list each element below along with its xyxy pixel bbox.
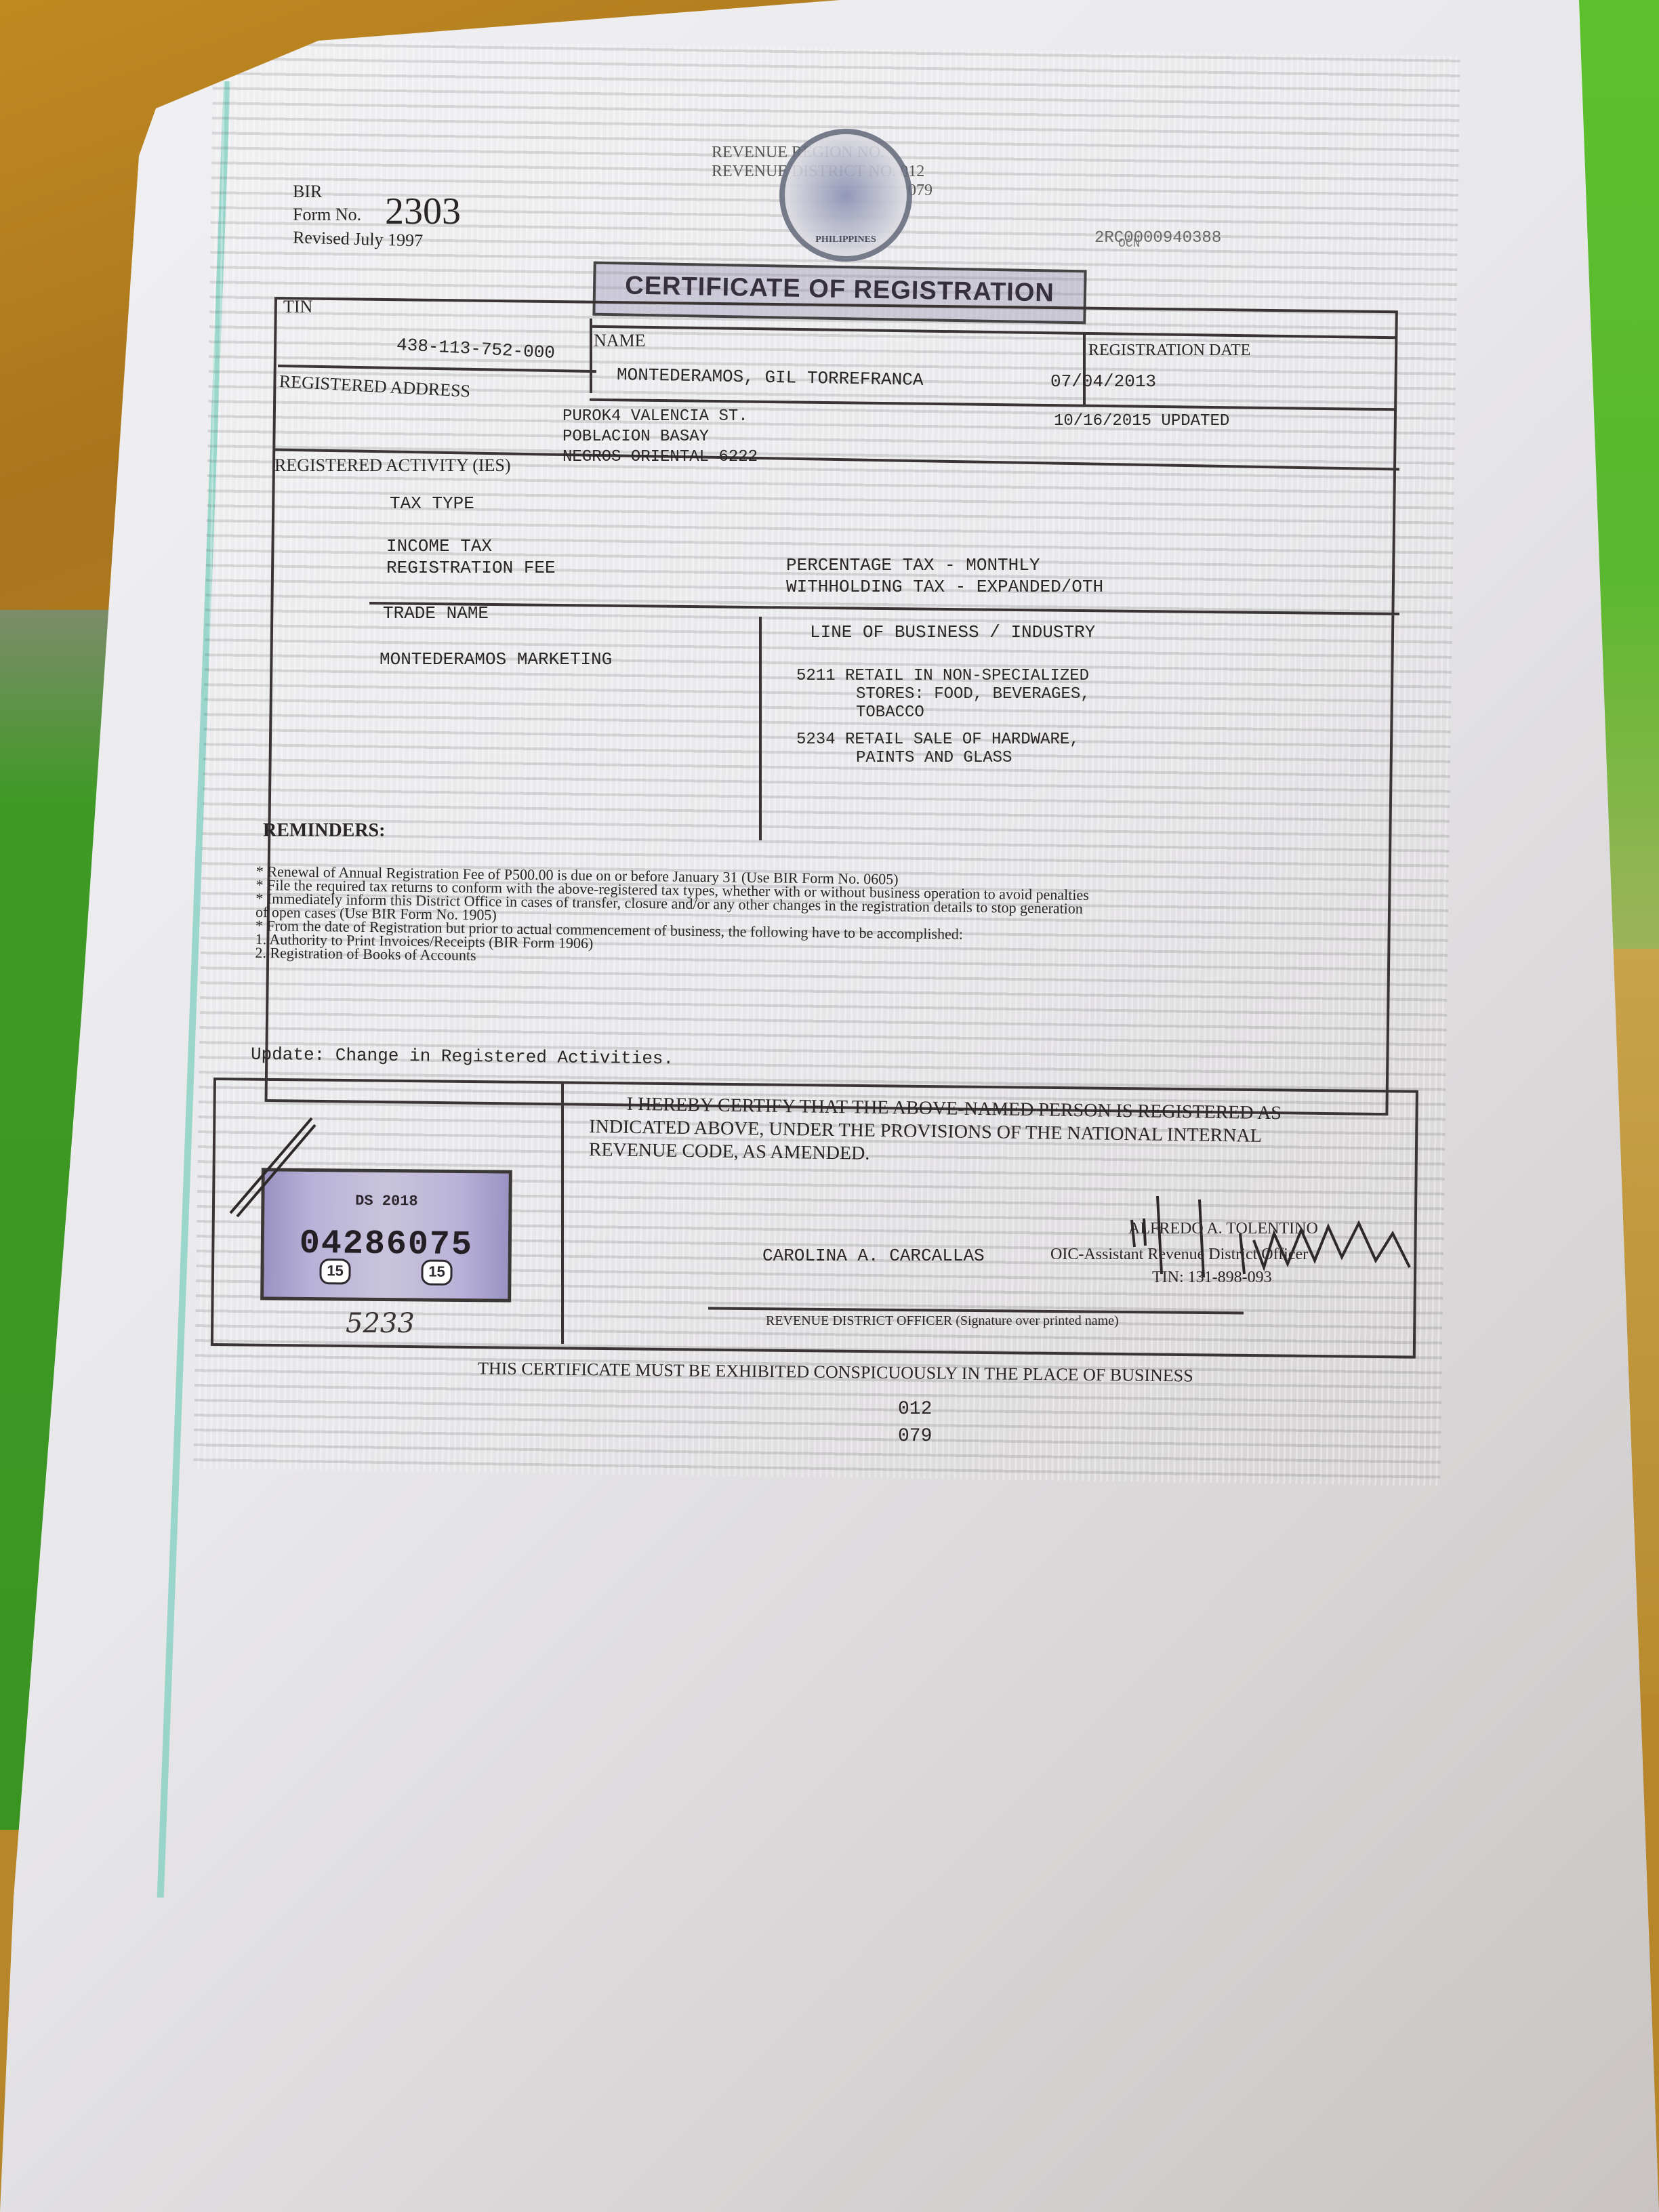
business-desc: RETAIL SALE OF HARDWARE,	[845, 731, 1080, 749]
registration-date-label: REGISTRATION DATE	[1088, 342, 1250, 360]
form-number: 2303	[385, 190, 461, 233]
business-code: 5234	[796, 731, 836, 749]
updated-date: 10/16/2015 UPDATED	[1054, 412, 1229, 430]
address-line-1: PUROK4 VALENCIA ST.	[562, 407, 758, 427]
rdo-caption: REVENUE DISTRICT OFFICER (Signature over…	[766, 1313, 1119, 1329]
form-no-label: Form No.	[293, 205, 361, 225]
handwritten-signature-icon	[1125, 1193, 1423, 1281]
footer-code-1: 012	[898, 1399, 932, 1420]
line-of-business-label: LINE OF BUSINESS / INDUSTRY	[810, 622, 1095, 642]
tin-label: TIN	[283, 297, 312, 317]
tax-type-item: REGISTRATION FEE	[386, 557, 556, 579]
certificate-document: BIR Form No. 2303 Revised July 1997 REVE…	[0, 0, 1659, 2212]
business-code: 5211	[796, 667, 836, 685]
stamp-denomination-left: 15	[319, 1258, 350, 1284]
stamp-number: 04286075	[264, 1224, 508, 1265]
display-notice: THIS CERTIFICATE MUST BE EXHIBITED CONSP…	[478, 1358, 1193, 1386]
business-desc: TOBACCO	[796, 703, 1090, 722]
bir-seal-icon: PHILIPPINES	[779, 129, 912, 262]
officer-name: CAROLINA A. CARCALLAS	[762, 1246, 985, 1266]
address-line-3: NEGROS ORIENTAL 6222	[562, 447, 758, 468]
trade-business-divider	[759, 617, 762, 840]
registration-date: 07/04/2013	[1050, 371, 1156, 392]
business-line-5211: 5211 RETAIL IN NON-SPECIALIZED STORES: F…	[796, 667, 1090, 722]
name-date-divider	[1083, 332, 1086, 407]
stamp-denomination-right: 15	[421, 1259, 452, 1285]
tax-type-item: WITHHOLDING TAX - EXPANDED/OTH	[786, 576, 1103, 598]
business-desc: RETAIL IN NON-SPECIALIZED	[845, 667, 1089, 685]
certification-divider	[561, 1083, 564, 1344]
address-block: PUROK4 VALENCIA ST. POBLACION BASAY NEGR…	[562, 407, 758, 468]
business-desc: STORES: FOOD, BEVERAGES,	[796, 685, 1090, 703]
tin-name-divider	[590, 319, 592, 393]
activity-section-label: REGISTERED ACTIVITY (IES)	[274, 455, 511, 476]
tax-type-item: PERCENTAGE TAX - MONTHLY	[786, 554, 1103, 576]
tax-types-left: INCOME TAX REGISTRATION FEE	[386, 535, 556, 579]
ocn-label: OCN	[1118, 237, 1140, 251]
reminders-list: * Renewal of Annual Registration Fee of …	[255, 865, 1089, 970]
address-line-2: POBLACION BASAY	[562, 427, 758, 447]
business-line-5234: 5234 RETAIL SALE OF HARDWARE, PAINTS AND…	[796, 731, 1080, 767]
ocn-number: 2RC0000940388	[1094, 229, 1221, 247]
certification-statement: I HEREBY CERTIFY THAT THE ABOVE-NAMED PE…	[589, 1092, 1282, 1171]
trade-name: MONTEDERAMOS MARKETING	[380, 649, 612, 670]
footer-code-2: 079	[898, 1426, 932, 1447]
tax-types-right: PERCENTAGE TAX - MONTHLY WITHHOLDING TAX…	[786, 554, 1103, 598]
tax-type-label: TAX TYPE	[390, 493, 474, 514]
agency-label: BIR	[293, 182, 322, 202]
name-label: NAME	[594, 331, 646, 351]
trade-name-label: TRADE NAME	[383, 603, 489, 623]
pen-stroke-icon	[224, 1111, 319, 1220]
seal-text: PHILIPPINES	[785, 234, 907, 245]
reminders-label: REMINDERS:	[263, 820, 385, 842]
business-desc: PAINTS AND GLASS	[796, 749, 1080, 767]
handwritten-note: 5233	[346, 1308, 415, 1339]
revision-label: Revised July 1997	[293, 227, 424, 251]
tax-type-item: INCOME TAX	[386, 535, 556, 557]
